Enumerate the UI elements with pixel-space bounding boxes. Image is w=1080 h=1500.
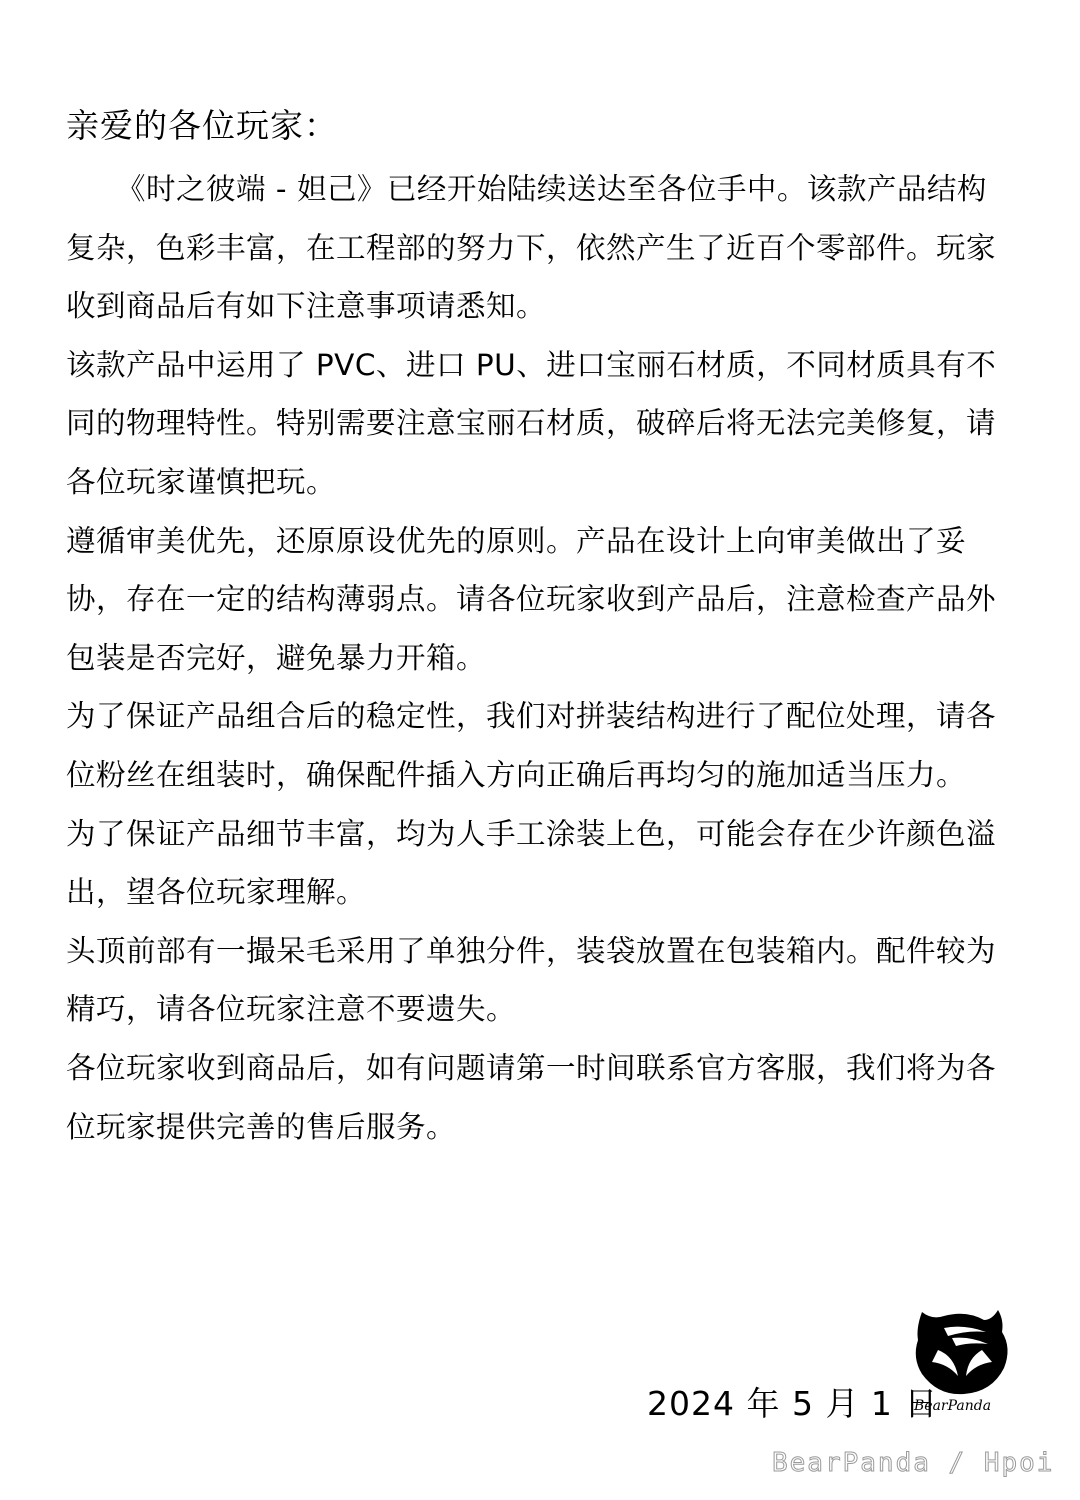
logo-text: BearPanda bbox=[914, 1398, 1014, 1414]
paragraph-service: 各位玩家收到商品后，如有问题请第一时间联系官方客服，我们将为各位玩家提供完善的售… bbox=[66, 1039, 1006, 1156]
paragraph-materials: 该款产品中运用了 PVC、进口 PU、进口宝丽石材质，不同材质具有不同的物理特性… bbox=[66, 336, 1006, 512]
paragraph-intro: 《时之彼端 - 妲己》已经开始陆续送达至各位手中。该款产品结构复杂，色彩丰富，在… bbox=[66, 160, 1006, 336]
paragraph-assembly: 为了保证产品组合后的稳定性，我们对拼装结构进行了配位处理，请各位粉丝在组装时，确… bbox=[66, 687, 1006, 804]
paragraph-design: 遵循审美优先，还原原设优先的原则。产品在设计上向审美做出了妥协，存在一定的结构薄… bbox=[66, 512, 1006, 688]
watermark: BearPanda / Hpoi bbox=[772, 1448, 1054, 1478]
letter-body: 《时之彼端 - 妲己》已经开始陆续送达至各位手中。该款产品结构复杂，色彩丰富，在… bbox=[66, 160, 1006, 1156]
paragraph-painting: 为了保证产品细节丰富，均为人手工涂装上色，可能会存在少许颜色溢出，望各位玩家理解… bbox=[66, 805, 1006, 922]
letter-date: 2024 年 5 月 1 日 bbox=[647, 1380, 938, 1428]
letter-greeting: 亲爱的各位玩家： bbox=[66, 98, 338, 154]
paragraph-accessory: 头顶前部有一撮呆毛采用了单独分件，装袋放置在包装箱内。配件较为精巧，请各位玩家注… bbox=[66, 922, 1006, 1039]
